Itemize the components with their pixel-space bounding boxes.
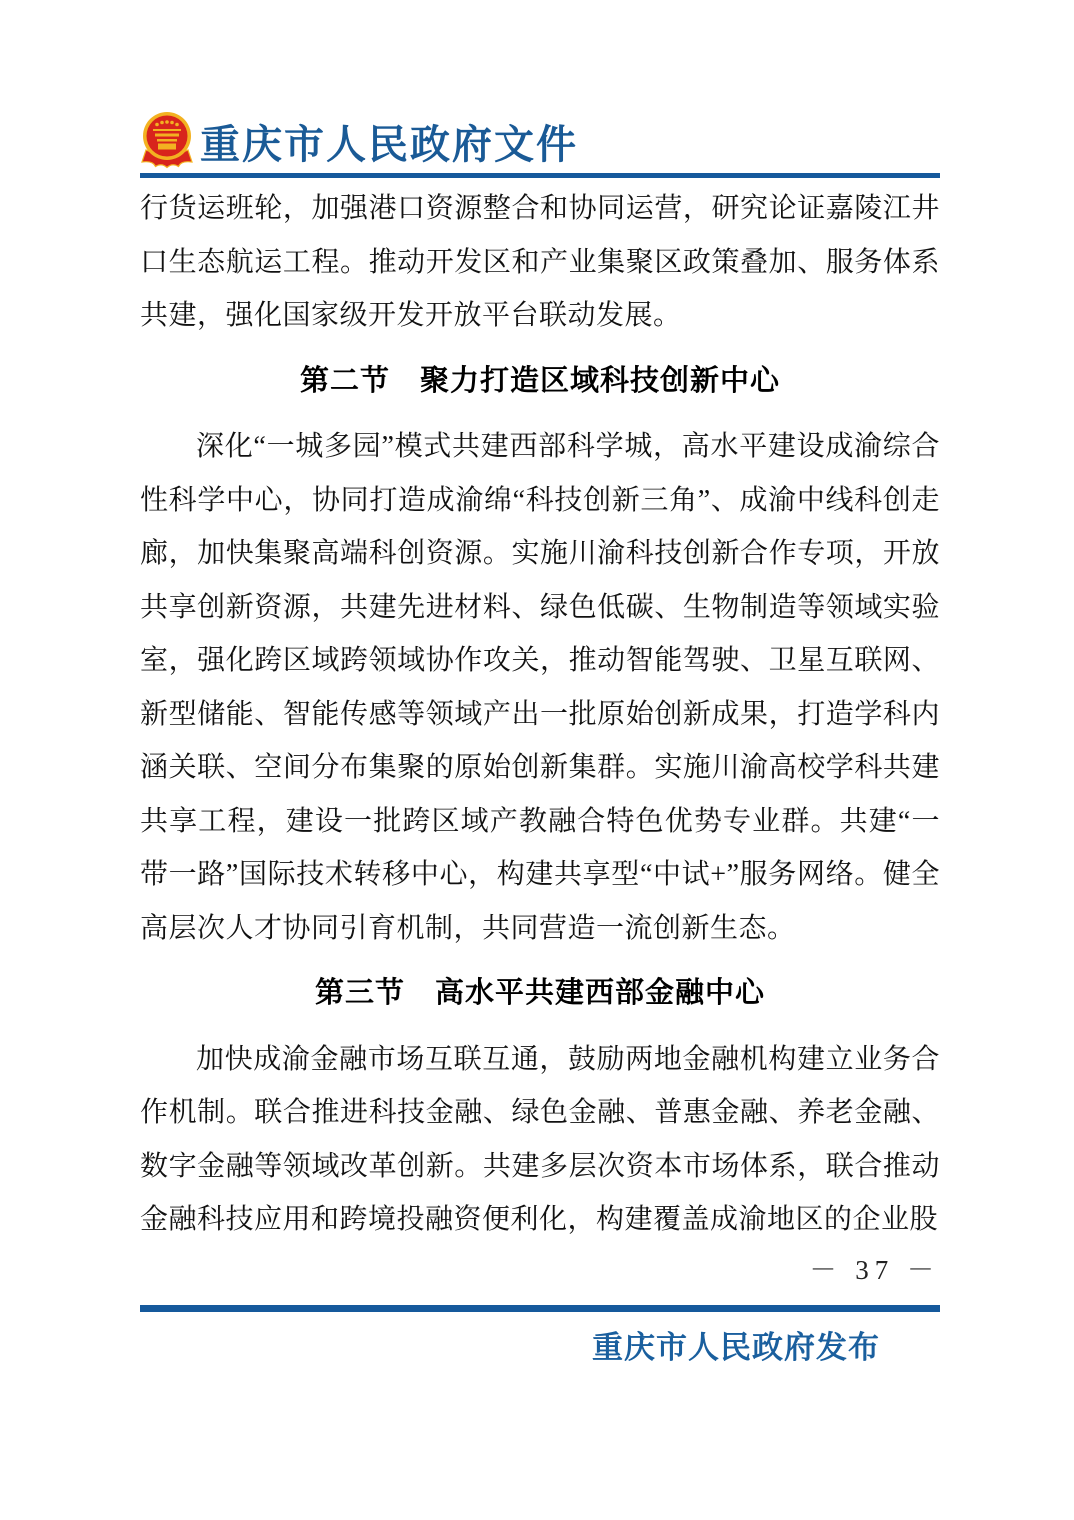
publisher-label: 重庆市人民政府发布 bbox=[140, 1328, 940, 1368]
section-heading-3: 第三节 高水平共建西部金融中心 bbox=[140, 967, 940, 1021]
page-number: － 37 － bbox=[140, 1253, 940, 1287]
national-emblem-icon bbox=[140, 111, 194, 171]
section-heading-2: 第二节 聚力打造区域科技创新中心 bbox=[140, 355, 940, 409]
header-title: 重庆市人民政府文件 bbox=[200, 113, 578, 170]
document-body: 行货运班轮，加强港口资源整合和协同运营，研究论证嘉陵江井口生态航运工程。推动开发… bbox=[140, 182, 940, 1247]
document-footer: 重庆市人民政府发布 bbox=[140, 1305, 940, 1368]
paragraph-science-innovation: 深化“一城多园”模式共建西部科学城，高水平建设成渝综合性科学中心，协同打造成渝绵… bbox=[140, 420, 940, 955]
header-row: 重庆市人民政府文件 bbox=[140, 112, 940, 170]
document-header: 重庆市人民政府文件 bbox=[140, 112, 940, 178]
document-page: 重庆市人民政府文件 行货运班轮，加强港口资源整合和协同运营，研究论证嘉陵江井口生… bbox=[0, 0, 1074, 1520]
header-rule bbox=[140, 173, 940, 178]
footer-rule bbox=[140, 1305, 940, 1312]
paragraph-finance-center: 加快成渝金融市场互联互通，鼓励两地金融机构建立业务合作机制。联合推进科技金融、绿… bbox=[140, 1033, 940, 1247]
paragraph-port-logistics: 行货运班轮，加强港口资源整合和协同运营，研究论证嘉陵江井口生态航运工程。推动开发… bbox=[140, 182, 940, 343]
